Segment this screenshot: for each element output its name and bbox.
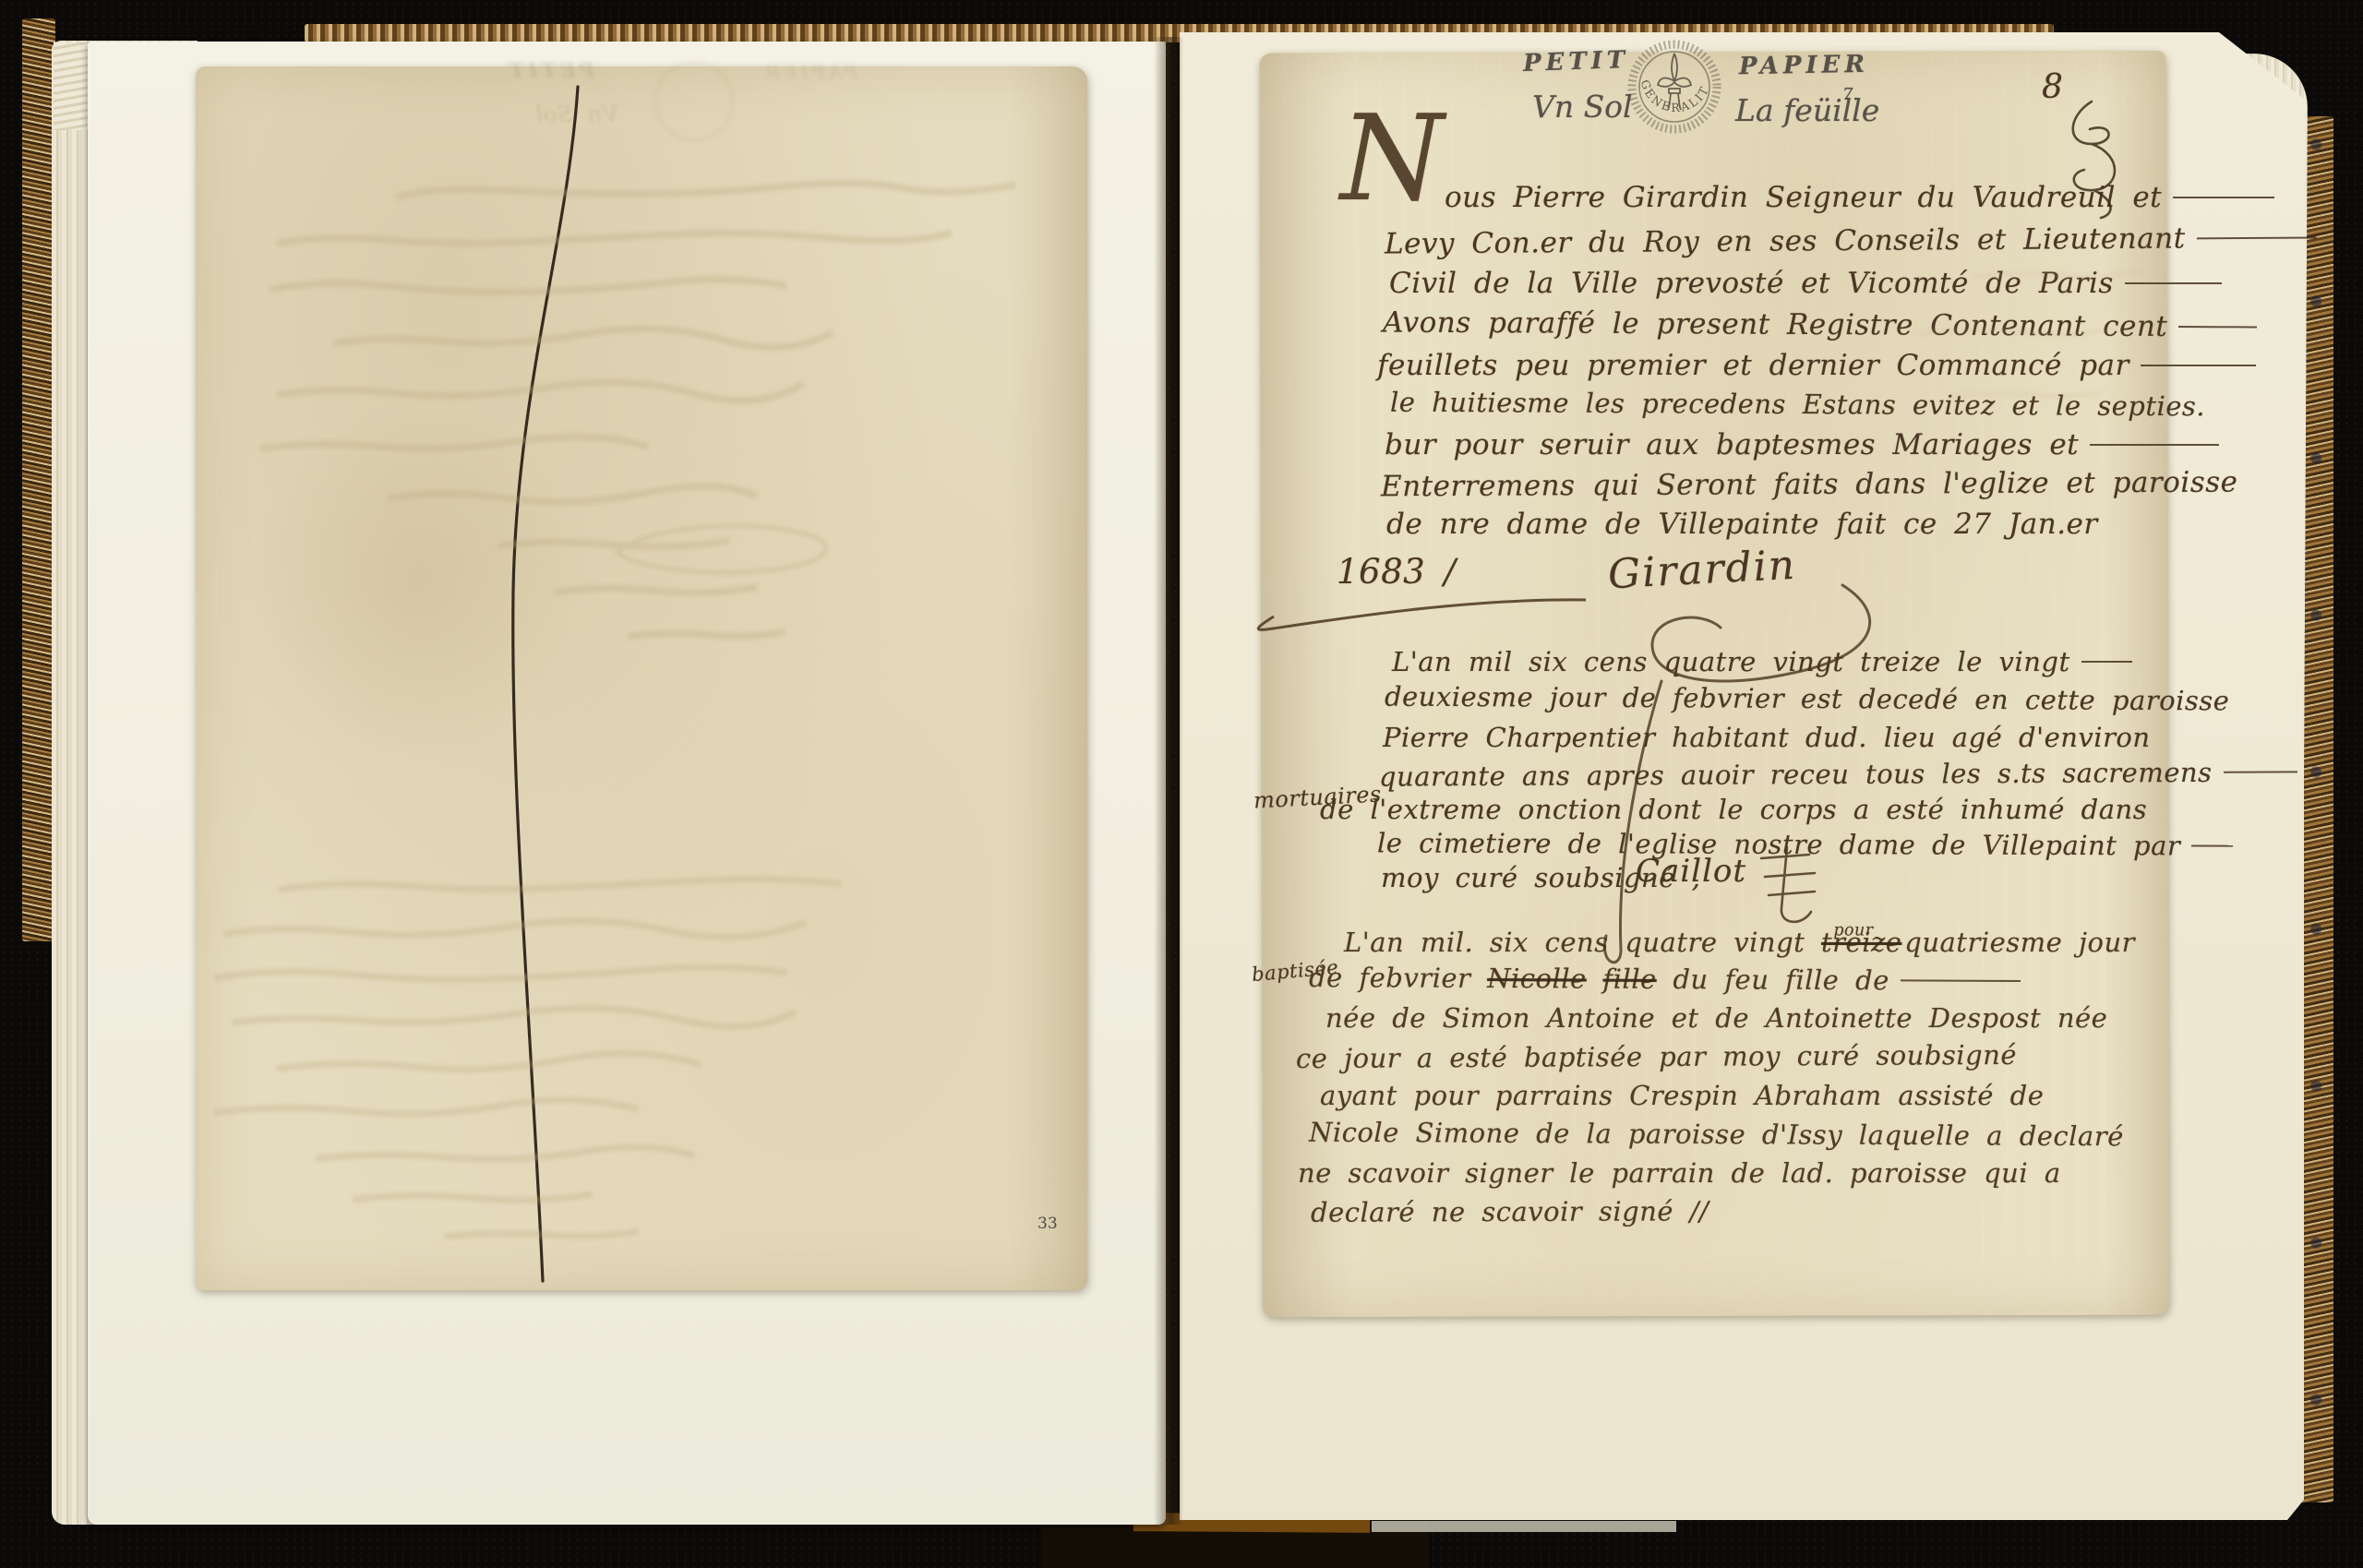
manuscript-line: bur pour seruir aux baptesmes Mariages e… (1385, 428, 2219, 461)
line-filler-dash (2125, 282, 2222, 284)
line-filler-dash (2178, 326, 2257, 328)
manuscript-line: declaré ne scavoir signé // (1311, 1195, 1709, 1228)
manuscript-line: Civil de la Ville prevosté et Vicomté de… (1389, 267, 2222, 300)
line-text: Avons paraffé le present Registre Conten… (1383, 306, 2167, 343)
line-filler-dash (2081, 661, 2132, 663)
attestation-date: 1683 / (1337, 552, 1456, 592)
signature-girardin: Girardin (1607, 542, 1797, 599)
tax-stamp-word-papier: PAPIER (1739, 51, 1869, 80)
tax-stamp-word-un-sol: Vn Sol (1532, 89, 1633, 125)
manuscript-line: deuxiesme jour de febvrier est decedé en… (1385, 681, 2230, 717)
attestation-initial: N (1340, 90, 1445, 228)
manuscript-line: ce jour a esté baptisée par moy curé sou… (1296, 1039, 2017, 1074)
line-filler-dash (2223, 771, 2297, 772)
foliation-mark: 33 (1038, 1215, 1058, 1233)
line-text: Civil de la Ville prevosté et Vicomté de… (1389, 267, 2114, 300)
line-filler-dash (1901, 979, 2021, 982)
manuscript-line: de l'extreme onction dont le corps a est… (1320, 794, 2147, 825)
line-text: ous Pierre Girardin Seigneur du Vaudreui… (1445, 181, 2162, 214)
manuscript-line: le huitiesme les precedens Estans evitez… (1390, 387, 2205, 423)
line-text: Levy Con.er du Roy en ses Conseils et Li… (1385, 221, 2186, 260)
line-text: L'an mil six cens quatre vingt treize le… (1392, 646, 2070, 677)
line-filler-dash (2141, 365, 2256, 366)
manuscript-line: Levy Con.er du Roy en ses Conseils et Li… (1385, 221, 2317, 260)
line-filler-dash (2191, 844, 2233, 846)
bleedthrough-stamp-word: PETIT (506, 59, 594, 83)
manuscript-line: ne scavoir signer le parrain de lad. par… (1298, 1157, 2061, 1189)
line-filler-dash (2090, 444, 2219, 446)
line-filler-dash (2173, 197, 2274, 198)
manuscript-line: quarante ans apres auoir receu tous les … (1379, 756, 2297, 792)
signature-caillot: Caillot (1636, 853, 1746, 890)
book-gutter-shadow (1154, 37, 1183, 1525)
tax-stamp-word-petit: PETIT (1523, 46, 1630, 78)
generalite-round-stamp: GENERALITE (1621, 39, 1728, 138)
manuscript-line: le cimetiere de l'eglise nostre dame de … (1377, 827, 2233, 861)
manuscript-line: feuillets peu premier et dernier Commanc… (1377, 349, 2256, 382)
line-text: le cimetiere de l'eglise nostre dame de … (1377, 827, 2180, 861)
line-text: de febvrier Nicolle fille du feu fille d… (1309, 962, 1889, 996)
cradle-strip-bottom (1372, 1521, 1676, 1532)
photograph-black-backdrop: { "scene": { "description": "Photograph … (0, 0, 2363, 1568)
manuscript-line: Avons paraffé le present Registre Conten… (1383, 306, 2257, 344)
manuscript-line: née de Simon Antoine et de Antoinette De… (1325, 1002, 2107, 1034)
bleedthrough-stamp-word: Vn Sol (535, 102, 618, 127)
line-text: bur pour seruir aux baptesmes Mariages e… (1385, 428, 2079, 461)
manuscript-line: Pierre Charpentier habitant dud. lieu ag… (1383, 722, 2151, 753)
bleedthrough-stamp-word: PAPIER (762, 61, 858, 83)
line-filler-dash (2197, 236, 2317, 239)
manuscript-line: Enterremens qui Seront faits dans l'egli… (1381, 466, 2238, 504)
tax-stamp-suffix: 7. (1842, 85, 1858, 104)
manuscript-line: de febvrier Nicolle fille du feu fille d… (1309, 962, 2021, 997)
manuscript-leaf-left (196, 66, 1087, 1290)
line-text: feuillets peu premier et dernier Commanc… (1377, 349, 2129, 382)
manuscript-line: Nicole Simone de la paroisse d'Issy laqu… (1309, 1117, 2124, 1153)
manuscript-line: L'an mil. six cens quatre vingt treizepo… (1344, 927, 2135, 958)
manuscript-line: de nre dame de Villepainte fait ce 27 Ja… (1386, 508, 2098, 541)
manuscript-line: ous Pierre Girardin Seigneur du Vaudreui… (1445, 181, 2274, 214)
manuscript-line: ayant pour parrains Crespin Abraham assi… (1320, 1080, 2044, 1111)
marbled-cover-edge-left (22, 18, 55, 941)
folio-number: 8 (2042, 68, 2063, 106)
manuscript-line: L'an mil six cens quatre vingt treize le… (1392, 646, 2132, 677)
line-text: quarante ans apres auoir receu tous les … (1379, 757, 2213, 793)
